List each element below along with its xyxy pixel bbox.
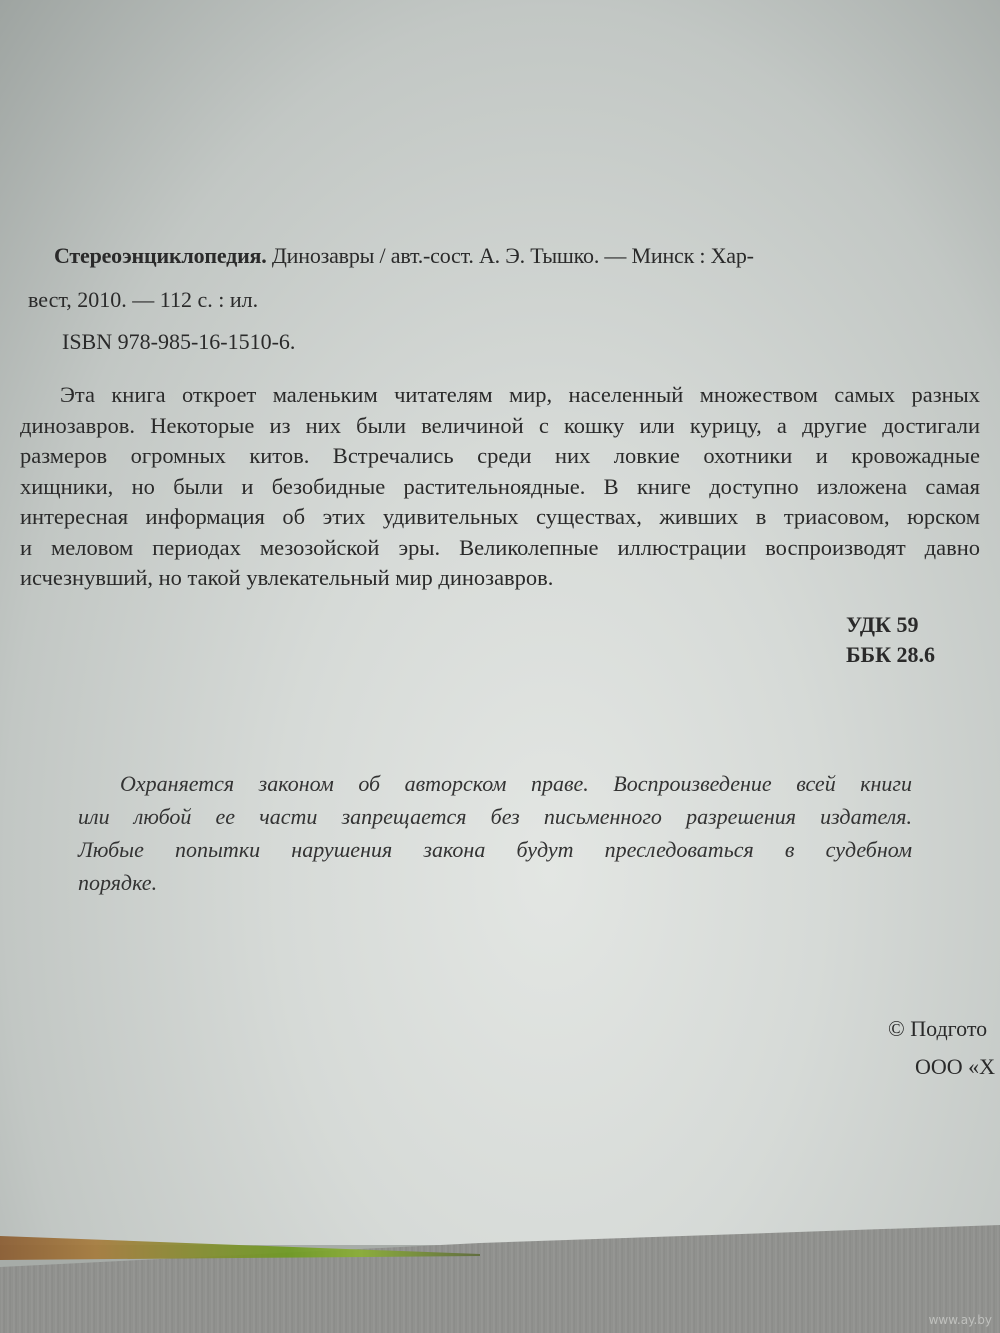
publisher-line-2: ООО «Х xyxy=(888,1048,995,1086)
bibliographic-details: Динозавры / авт.-сост. А. Э. Тышко. — Ми… xyxy=(267,243,754,268)
isbn: ISBN 978-985-16-1510-6. xyxy=(62,329,295,355)
annotation-line: хищники, но были и безобидные растительн… xyxy=(20,472,980,503)
annotation-line: и меловом периодах мезозойской эры. Вели… xyxy=(20,533,980,564)
copyright-line: Любые попытки нарушения закона будут пре… xyxy=(78,833,912,866)
bibliographic-entry-line-1: Стереоэнциклопедия. Динозавры / авт.-сос… xyxy=(54,243,754,269)
annotation-line: исчезнувший, но такой увлекательный мир … xyxy=(20,563,980,594)
udk-code: УДК 59 xyxy=(846,610,935,640)
book-title: Стереоэнциклопедия. xyxy=(54,243,267,268)
copyright-line: порядке. xyxy=(78,866,912,899)
publisher-line-1: © Подгото xyxy=(888,1010,995,1048)
annotation-line: размеров огромных китов. Встречались сре… xyxy=(20,441,980,472)
bibliographic-entry-line-2: вест, 2010. — 112 с. : ил. xyxy=(28,287,258,313)
publisher-copyright: © Подгото ООО «Х xyxy=(888,1010,995,1086)
annotation-line: интересная информация об этих удивительн… xyxy=(20,502,980,533)
classification-codes: УДК 59 ББК 28.6 xyxy=(846,610,935,670)
annotation-line: динозавров. Некоторые из них были величи… xyxy=(20,411,980,442)
copyright-line: или любой ее части запрещается без письм… xyxy=(78,800,912,833)
copyright-line: Охраняется законом об авторском праве. В… xyxy=(78,767,912,800)
copyright-notice: Охраняется законом об авторском праве. В… xyxy=(78,767,912,899)
watermark: www.ay.by xyxy=(929,1313,992,1327)
annotation-line: Эта книга откроет маленьким читателям ми… xyxy=(20,380,980,411)
annotation-paragraph: Эта книга откроет маленьким читателям ми… xyxy=(20,380,980,594)
bbk-code: ББК 28.6 xyxy=(846,640,935,670)
